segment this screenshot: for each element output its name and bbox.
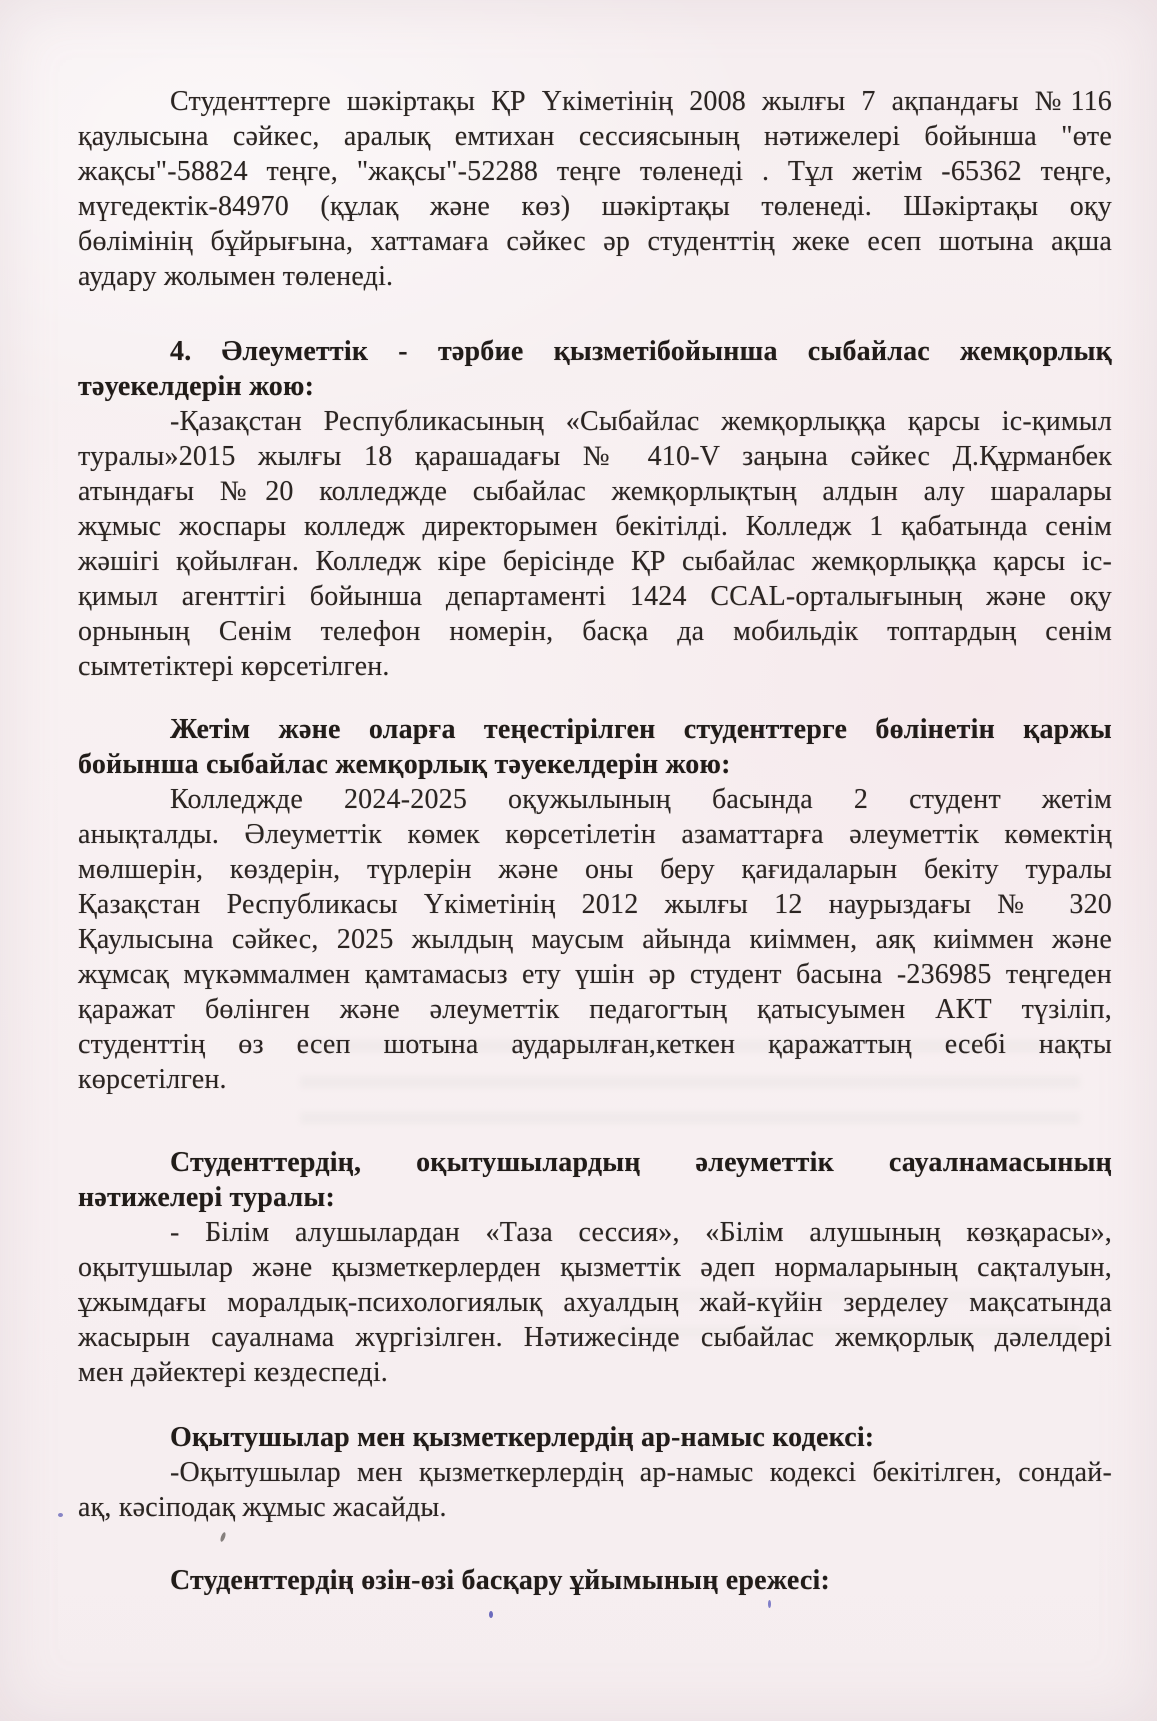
text-line: бойынша сыбайлас жемқорлық тәуекелдерін … <box>78 747 1112 782</box>
text-line: орнының Сенім телефон номерін, басқа да … <box>78 614 1112 649</box>
section-heading: 4. Әлеуметтік - тәрбие қызметібойынша сы… <box>78 334 1112 404</box>
text-line: Студенттердің өзін-өзі басқару ұйымының … <box>78 1563 1112 1598</box>
text-line: Студенттерге шәкіртақы ҚР Үкіметінің 200… <box>78 84 1112 119</box>
text-line: -Оқытушылар мен қызметкерлердің ар-намыс… <box>78 1455 1112 1490</box>
section-heading: Студенттердің, оқытушылардың әлеуметтік … <box>78 1145 1112 1215</box>
text-line: 4. Әлеуметтік - тәрбие қызметібойынша сы… <box>78 334 1112 369</box>
text-line: нәтижелері туралы: <box>78 1180 1112 1215</box>
section-heading: Оқытушылар мен қызметкерлердің ар-намыс … <box>78 1420 1112 1455</box>
text-line: бөлімінің бұйрығына, хаттамаға сәйкес әр… <box>78 224 1112 259</box>
body-paragraph: -Оқытушылар мен қызметкерлердің ар-намыс… <box>78 1455 1112 1525</box>
text-line: ұжымдағы моралдық-психологиялық ахуалдың… <box>78 1285 1112 1320</box>
text-line: жұмыс жоспары колледж директорымен бекіт… <box>78 509 1112 544</box>
text-line: мөлшерін, көздерін, түрлерін және оны бе… <box>78 852 1112 887</box>
text-line: оқытушылар және қызметкерлерден қызметті… <box>78 1250 1112 1285</box>
text-line: аудару жолымен төленеді. <box>78 259 1112 294</box>
text-line: анықталды. Әлеуметтік көмек көрсетілетін… <box>78 817 1112 852</box>
ink-speck <box>489 1611 493 1618</box>
text-line: мүгедектік-84970 (құлақ және көз) шәкірт… <box>78 189 1112 224</box>
text-line: атындағы №20 колледжде сыбайлас жемқорлы… <box>78 474 1112 509</box>
section-heading: Студенттердің өзін-өзі басқару ұйымының … <box>78 1563 1112 1598</box>
ink-speck <box>768 1600 771 1608</box>
body-paragraph: Студенттерге шәкіртақы ҚР Үкіметінің 200… <box>78 84 1112 294</box>
text-line: Қаулысына сәйкес, 2025 жылдың маусым айы… <box>78 922 1112 957</box>
text-line: қимыл агенттігі бойынша департаменті 142… <box>78 579 1112 614</box>
text-line: қаражат бөлінген және әлеуметтік педагог… <box>78 992 1112 1027</box>
text-line: Студенттердің, оқытушылардың әлеуметтік … <box>78 1145 1112 1180</box>
text-line: туралы»2015 жылғы 18 қарашадағы № 410-V … <box>78 439 1112 474</box>
body-paragraph: - Білім алушылардан «Таза сессия», «Білі… <box>78 1215 1112 1390</box>
text-line: - Білім алушылардан «Таза сессия», «Білі… <box>78 1215 1112 1250</box>
text-line: қаулысына сәйкес, аралық емтихан сессияс… <box>78 119 1112 154</box>
body-paragraph: -Қазақстан Республикасының «Сыбайлас жем… <box>78 404 1112 684</box>
text-line: Қазақстан Республикасы Үкіметінің 2012 ж… <box>78 887 1112 922</box>
section-heading: Жетім және оларға теңестірілген студентт… <box>78 712 1112 782</box>
text-line: жәшігі қойылған. Колледж кіре берісінде … <box>78 544 1112 579</box>
text-line: жұмсақ мүкәммалмен қамтамасыз ету үшін ә… <box>78 957 1112 992</box>
text-line: студенттің өз есеп шотына аударылған,кет… <box>78 1027 1112 1062</box>
text-line: Жетім және оларға теңестірілген студентт… <box>78 712 1112 747</box>
body-paragraph: Колледжде 2024-2025 оқужылының басында 2… <box>78 782 1112 1097</box>
text-line: жасырын сауалнама жүргізілген. Нәтижесін… <box>78 1320 1112 1355</box>
text-line: Оқытушылар мен қызметкерлердің ар-намыс … <box>78 1420 1112 1455</box>
text-line: көрсетілген. <box>78 1062 1112 1097</box>
text-line: тәуекелдерін жою: <box>78 369 1112 404</box>
text-line: мен дәйектері кездеспеді. <box>78 1355 1112 1390</box>
text-line: -Қазақстан Республикасының «Сыбайлас жем… <box>78 404 1112 439</box>
text-line: ақ, кәсіподақ жұмыс жасайды. <box>78 1490 1112 1525</box>
text-line: жақсы"-58824 теңге, "жақсы"-52288 теңге … <box>78 154 1112 189</box>
scanned-document-page: Студенттерге шәкіртақы ҚР Үкіметінің 200… <box>0 0 1157 1721</box>
text-line: сымтетіктері көрсетілген. <box>78 649 1112 684</box>
text-line: Колледжде 2024-2025 оқужылының басында 2… <box>78 782 1112 817</box>
document-body: Студенттерге шәкіртақы ҚР Үкіметінің 200… <box>0 0 1157 1598</box>
